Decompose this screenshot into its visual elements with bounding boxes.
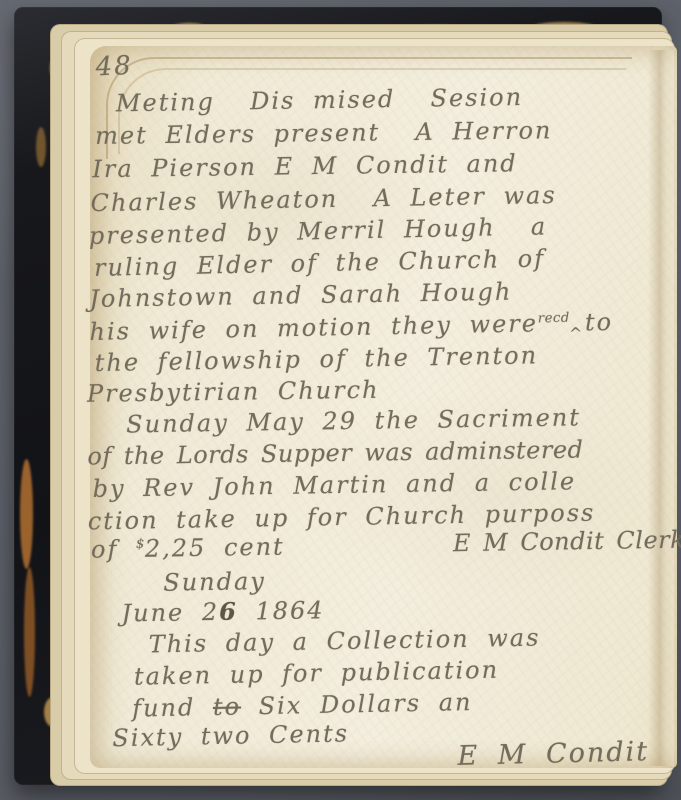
paper-texture: [90, 46, 677, 768]
cover-wear-spot: [20, 459, 33, 569]
cover-wear-spot: [24, 567, 35, 697]
manuscript-page: [90, 46, 677, 768]
cover-wear-spot: [36, 127, 46, 167]
photo-background: 48Meting Dis mised Sesionmet Elders pres…: [0, 0, 681, 800]
